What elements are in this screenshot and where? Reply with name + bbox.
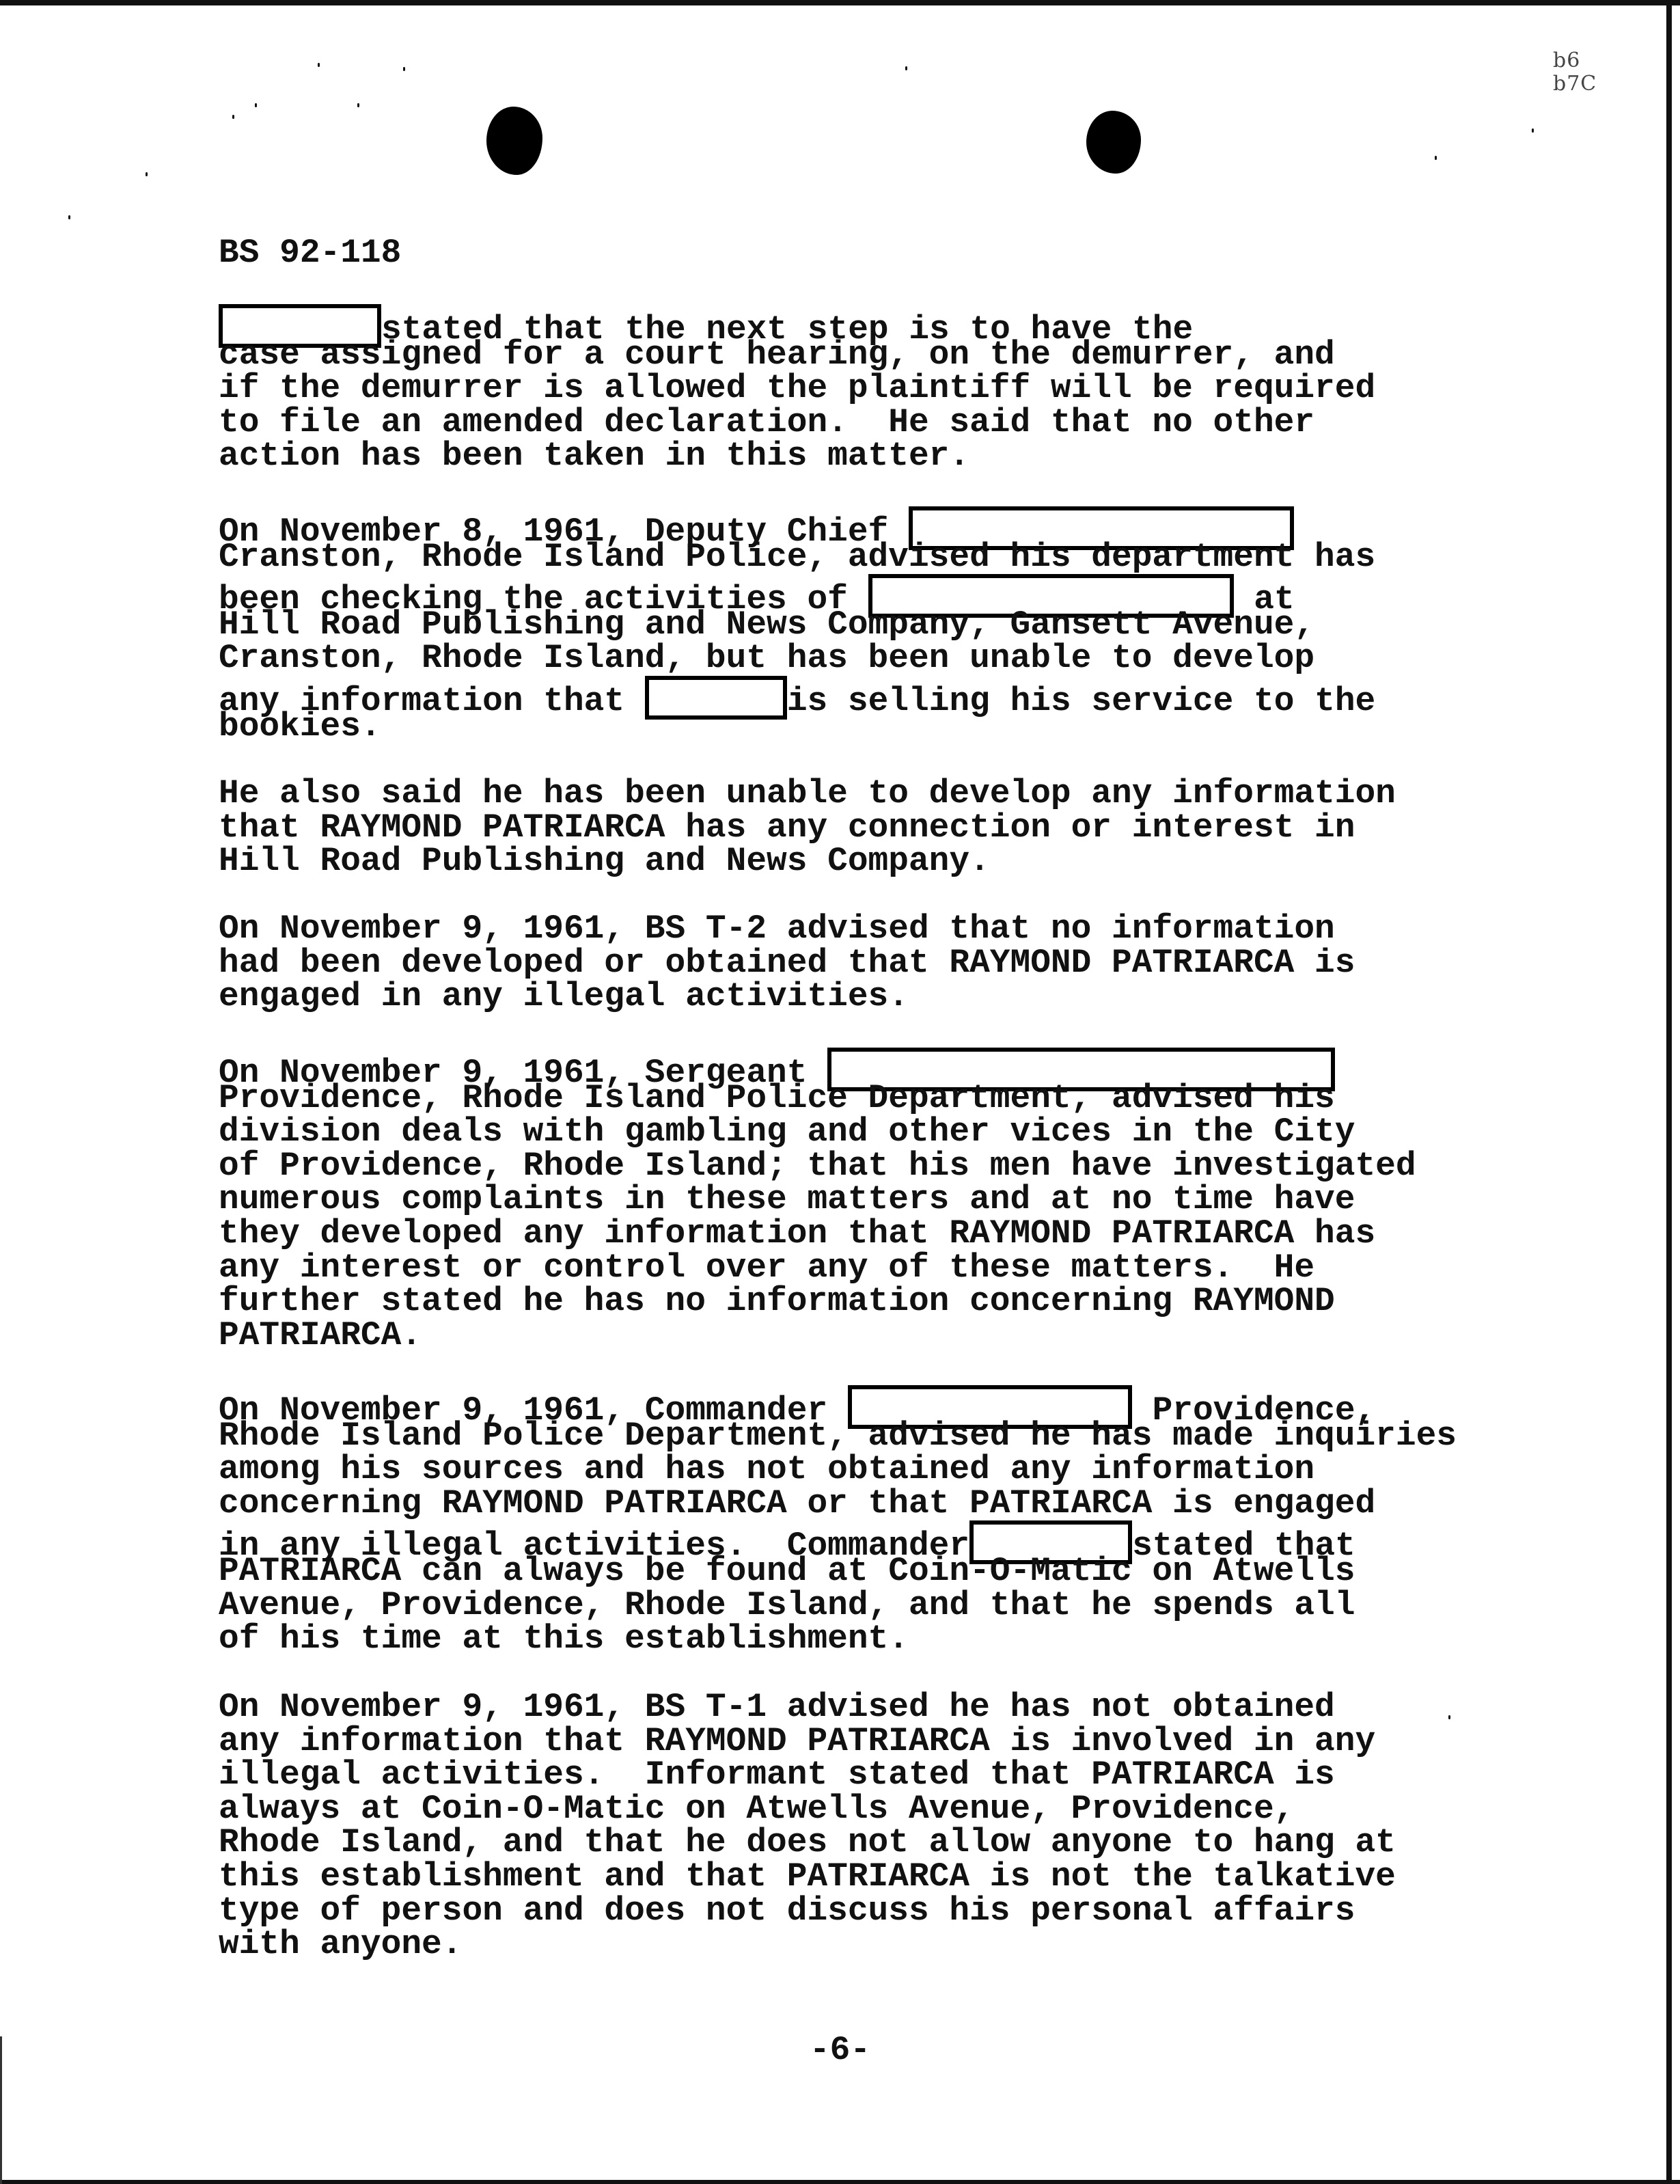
- text-segment: On November 9, 1961, BS T-1 advised he h…: [219, 1688, 1335, 1726]
- text-segment: always at Coin-O-Matic on Atwells Avenue…: [219, 1790, 1294, 1828]
- text-line: On November 9, 1961, BS T-1 advised he h…: [219, 1691, 1396, 1725]
- text-segment: Avenue, Providence, Rhode Island, and th…: [219, 1586, 1355, 1624]
- scan-edge-bottom: [0, 2180, 1680, 2184]
- text-segment: On November 9, 1961, BS T-2 advised that…: [219, 910, 1335, 948]
- text-line: to file an amended declaration. He said …: [219, 406, 1375, 440]
- text-line: He also said he has been unable to devel…: [219, 777, 1396, 811]
- text-line: concerning RAYMOND PATRIARCA or that PAT…: [219, 1487, 1457, 1521]
- text-segment: they developed any information that RAYM…: [219, 1214, 1375, 1253]
- text-line: they developed any information that RAYM…: [219, 1217, 1416, 1251]
- text-segment: if the demurrer is allowed the plaintiff…: [219, 369, 1375, 407]
- scan-speck: [357, 103, 359, 107]
- punch-hole-right: [1086, 111, 1141, 174]
- text-line: Rhode Island Police Department, advised …: [219, 1419, 1457, 1453]
- text-segment: further stated he has no information con…: [219, 1282, 1335, 1320]
- text-segment: any interest or control over any of thes…: [219, 1248, 1314, 1287]
- text-line: with anyone.: [219, 1928, 1396, 1962]
- text-segment: among his sources and has not obtained a…: [219, 1450, 1314, 1488]
- text-segment: with anyone.: [219, 1925, 462, 1963]
- text-line: this establishment and that PATRIARCA is…: [219, 1860, 1396, 1894]
- text-segment: that RAYMOND PATRIARCA has any connectio…: [219, 808, 1355, 847]
- text-line: PATRIARCA.: [219, 1319, 1416, 1353]
- text-segment: of his time at this establishment.: [219, 1620, 909, 1658]
- paragraph: On November 9, 1961, BS T-1 advised he h…: [219, 1691, 1396, 1962]
- text-line: Providence, Rhode Island Police Departme…: [219, 1082, 1416, 1116]
- text-line: Rhode Island, and that he does not allow…: [219, 1826, 1396, 1860]
- text-line: case assigned for a court hearing, on th…: [219, 338, 1375, 372]
- text-segment: is selling his service to the: [787, 682, 1375, 720]
- text-line: type of person and does not discuss his …: [219, 1894, 1396, 1928]
- text-segment: concerning RAYMOND PATRIARCA or that PAT…: [219, 1484, 1375, 1523]
- text-segment: Hill Road Publishing and News Company, G…: [219, 605, 1314, 644]
- paragraph: On November 9, 1961, BS T-2 advised that…: [219, 912, 1355, 1014]
- text-line: any information that is selling his serv…: [219, 676, 1375, 710]
- text-line: always at Coin-O-Matic on Atwells Avenue…: [219, 1792, 1396, 1827]
- paragraph: On November 9, 1961, Commander Providenc…: [219, 1385, 1457, 1656]
- text-line: in any illegal activities. Commanderstat…: [219, 1520, 1457, 1555]
- text-line: any information that RAYMOND PATRIARCA i…: [219, 1725, 1396, 1759]
- text-line: illegal activities. Informant stated tha…: [219, 1758, 1396, 1792]
- text-segment: engaged in any illegal activities.: [219, 977, 909, 1015]
- punch-hole-left: [486, 107, 542, 175]
- text-segment: Hill Road Publishing and News Company.: [219, 842, 990, 880]
- text-segment: He also said he has been unable to devel…: [219, 774, 1396, 813]
- text-segment: this establishment and that PATRIARCA is…: [219, 1857, 1396, 1896]
- scan-speck: [1448, 1715, 1450, 1719]
- text-line: further stated he has no information con…: [219, 1285, 1416, 1319]
- paragraph: On November 8, 1961, Deputy Chief Cranst…: [219, 506, 1375, 743]
- scan-speck: [232, 115, 234, 119]
- text-line: Avenue, Providence, Rhode Island, and th…: [219, 1589, 1457, 1623]
- text-line: numerous complaints in these matters and…: [219, 1183, 1416, 1217]
- text-line: any interest or control over any of thes…: [219, 1251, 1416, 1285]
- text-line: engaged in any illegal activities.: [219, 980, 1355, 1014]
- text-line: action has been taken in this matter.: [219, 439, 1375, 474]
- scan-speck: [905, 66, 907, 70]
- text-segment: any information that RAYMOND PATRIARCA i…: [219, 1722, 1375, 1760]
- text-segment: Rhode Island Police Department, advised …: [219, 1417, 1457, 1455]
- scan-speck: [403, 67, 405, 71]
- text-line: PATRIARCA can always be found at Coin-O-…: [219, 1555, 1457, 1589]
- text-segment: illegal activities. Informant stated tha…: [219, 1756, 1335, 1794]
- paragraph: stated that the next step is to have the…: [219, 304, 1375, 474]
- text-segment: bookies.: [219, 707, 381, 746]
- text-segment: PATRIARCA can always be found at Coin-O-…: [219, 1552, 1355, 1590]
- text-line: On November 9, 1961, BS T-2 advised that…: [219, 912, 1355, 946]
- text-line: stated that the next step is to have the: [219, 304, 1375, 338]
- text-segment: division deals with gambling and other v…: [219, 1113, 1355, 1151]
- text-line: On November 9, 1961, Sergeant: [219, 1048, 1416, 1082]
- text-line: On November 8, 1961, Deputy Chief: [219, 506, 1375, 541]
- document-page: b6 b7C BS 92-118 stated that the next st…: [0, 0, 1680, 2184]
- text-line: if the demurrer is allowed the plaintiff…: [219, 372, 1375, 406]
- text-line: of his time at this establishment.: [219, 1622, 1457, 1656]
- text-segment: case assigned for a court hearing, on th…: [219, 336, 1335, 374]
- scan-speck: [255, 103, 257, 107]
- text-segment: had been developed or obtained that RAYM…: [219, 944, 1355, 982]
- text-line: of Providence, Rhode Island; that his me…: [219, 1149, 1416, 1184]
- text-segment: Cranston, Rhode Island, but has been una…: [219, 639, 1314, 677]
- text-segment: type of person and does not discuss his …: [219, 1892, 1355, 1930]
- redaction-box: [645, 676, 787, 720]
- scan-edge-top: [0, 0, 1680, 5]
- text-segment: to file an amended declaration. He said …: [219, 403, 1314, 441]
- text-line: among his sources and has not obtained a…: [219, 1453, 1457, 1487]
- text-line: been checking the activities of at: [219, 574, 1375, 608]
- text-line: Hill Road Publishing and News Company.: [219, 845, 1396, 879]
- scan-speck: [1435, 156, 1437, 160]
- exemption-code-b6: b6: [1553, 49, 1597, 72]
- text-line: On November 9, 1961, Commander Providenc…: [219, 1385, 1457, 1419]
- scan-speck: [1532, 128, 1534, 133]
- text-line: Hill Road Publishing and News Company, G…: [219, 608, 1375, 642]
- text-line: that RAYMOND PATRIARCA has any connectio…: [219, 811, 1396, 845]
- text-segment: Rhode Island, and that he does not allow…: [219, 1823, 1396, 1861]
- scan-speck: [68, 215, 70, 219]
- text-line: had been developed or obtained that RAYM…: [219, 946, 1355, 981]
- text-segment: PATRIARCA.: [219, 1316, 422, 1354]
- text-segment: of Providence, Rhode Island; that his me…: [219, 1147, 1416, 1185]
- page-number: -6-: [0, 2031, 1680, 2069]
- paragraph: He also said he has been unable to devel…: [219, 777, 1396, 879]
- text-line: Cranston, Rhode Island Police, advised h…: [219, 541, 1375, 575]
- text-line: division deals with gambling and other v…: [219, 1115, 1416, 1149]
- scan-edge-right: [1666, 0, 1672, 2184]
- scan-speck: [146, 172, 148, 176]
- text-line: Cranston, Rhode Island, but has been una…: [219, 642, 1375, 676]
- exemption-codes: b6 b7C: [1553, 49, 1597, 96]
- file-number: BS 92-118: [219, 236, 401, 270]
- text-segment: Providence, Rhode Island Police Departme…: [219, 1079, 1335, 1117]
- paragraph: On November 9, 1961, Sergeant Providence…: [219, 1048, 1416, 1352]
- text-segment: numerous complaints in these matters and…: [219, 1180, 1355, 1218]
- text-segment: Cranston, Rhode Island Police, advised h…: [219, 538, 1375, 576]
- exemption-code-b7c: b7C: [1553, 72, 1597, 96]
- text-segment: action has been taken in this matter.: [219, 437, 969, 475]
- scan-speck: [318, 63, 320, 67]
